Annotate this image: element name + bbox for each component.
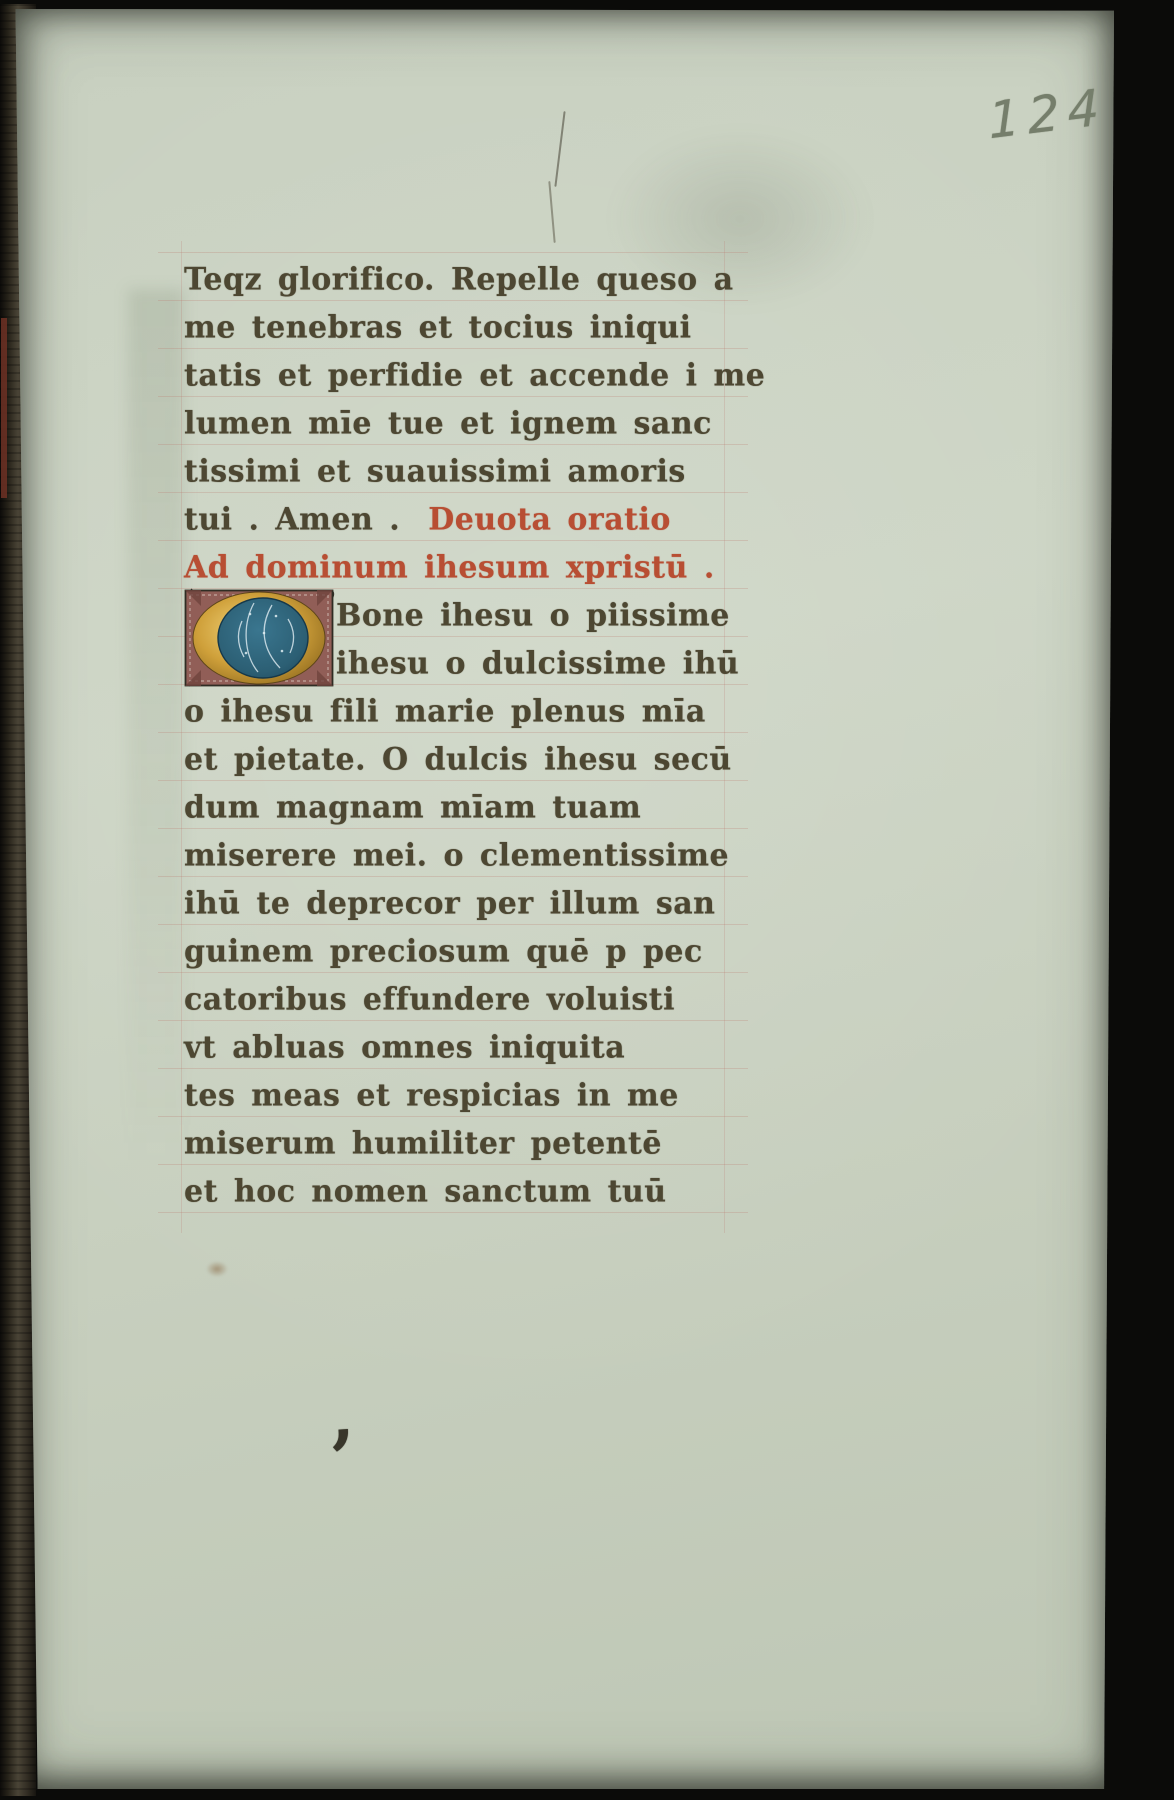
manuscript-line: miserere mei. o clementissime — [184, 831, 744, 881]
manuscript-line: tui . Amen .Deuota oratio — [184, 495, 744, 545]
text-block: Teqz glorifico. Repelle queso ame tenebr… — [184, 255, 744, 1215]
manuscript-line: o ihesu fili marie plenus mīa — [184, 687, 744, 737]
manuscript-line: miserum humiliter petentē — [184, 1119, 744, 1169]
rubric-text: Ad dominum ihesum xpristū . — [184, 549, 715, 585]
rubric-text: Deuota oratio — [428, 501, 671, 537]
ink-text: guinem preciosum quē p pec — [184, 933, 703, 969]
folio-number: 124 — [987, 78, 1109, 151]
catchword-mark: , — [327, 1376, 356, 1457]
ink-text: tatis et perfidie et accende i me — [184, 357, 765, 393]
ink-text: dum magnam mīam tuam — [184, 789, 641, 825]
manuscript-line: tatis et perfidie et accende i me — [184, 351, 744, 401]
ruling-vertical-left — [181, 241, 182, 1233]
manuscript-line: me tenebras et tocius iniqui — [184, 303, 744, 353]
manuscript-line: catoribus effundere voluisti — [184, 975, 744, 1025]
manuscript-line: ihesu o dulcissime ihū — [336, 639, 744, 689]
ink-text: tes meas et respicias in me — [184, 1077, 679, 1113]
ink-text: tissimi et suauissimi amoris — [184, 453, 686, 489]
manuscript-line: Teqz glorifico. Repelle queso a — [184, 255, 744, 305]
illuminated-initial-art — [184, 589, 334, 687]
ink-text: miserere mei. o clementissime — [184, 837, 729, 873]
red-page-edge — [1, 318, 7, 498]
ink-text: ihesu o dulcissime ihū — [336, 645, 739, 681]
ink-text: Teqz glorifico. Repelle queso a — [184, 261, 734, 297]
parchment-crack — [548, 181, 555, 243]
manuscript-line: tissimi et suauissimi amoris — [184, 447, 744, 497]
manuscript-line: dum magnam mīam tuam — [184, 783, 744, 833]
ink-text: et hoc nomen sanctum tuū — [184, 1173, 667, 1209]
ink-text: miserum humiliter petentē — [184, 1125, 662, 1161]
ink-text: o ihesu fili marie plenus mīa — [184, 693, 706, 729]
manuscript-line: et hoc nomen sanctum tuū — [184, 1167, 744, 1217]
ink-text: vt abluas omnes iniquita — [184, 1029, 625, 1065]
manuscript-line: Bone ihesu o piissime — [336, 591, 744, 641]
ink-text: lumen mīe tue et ignem sanc — [184, 405, 712, 441]
illuminated-initial-O — [184, 589, 334, 687]
manuscript-line: lumen mīe tue et ignem sanc — [184, 399, 744, 449]
manuscript-line: tes meas et respicias in me — [184, 1071, 744, 1121]
ink-text: tui . Amen . — [184, 501, 400, 537]
ink-text: ihū te deprecor per illum san — [184, 885, 715, 921]
manuscript-line: ihū te deprecor per illum san — [184, 879, 744, 929]
manuscript-line: Ad dominum ihesum xpristū . — [184, 543, 744, 593]
ink-text: me tenebras et tocius iniqui — [184, 309, 692, 345]
ink-text: et pietate. O dulcis ihesu secū — [184, 741, 732, 777]
manuscript-photo: 124 Teqz glorifico. Repelle queso ame te… — [0, 0, 1174, 1800]
parchment-crack — [554, 111, 565, 187]
manuscript-line: et pietate. O dulcis ihesu secū — [184, 735, 744, 785]
ink-text: catoribus effundere voluisti — [184, 981, 675, 1017]
ink-text: Bone ihesu o piissime — [336, 597, 730, 633]
parchment-spot — [206, 1261, 228, 1277]
parchment-page: 124 Teqz glorifico. Repelle queso ame te… — [10, 9, 1114, 1789]
manuscript-line: vt abluas omnes iniquita — [184, 1023, 744, 1073]
manuscript-line: guinem preciosum quē p pec — [184, 927, 744, 977]
